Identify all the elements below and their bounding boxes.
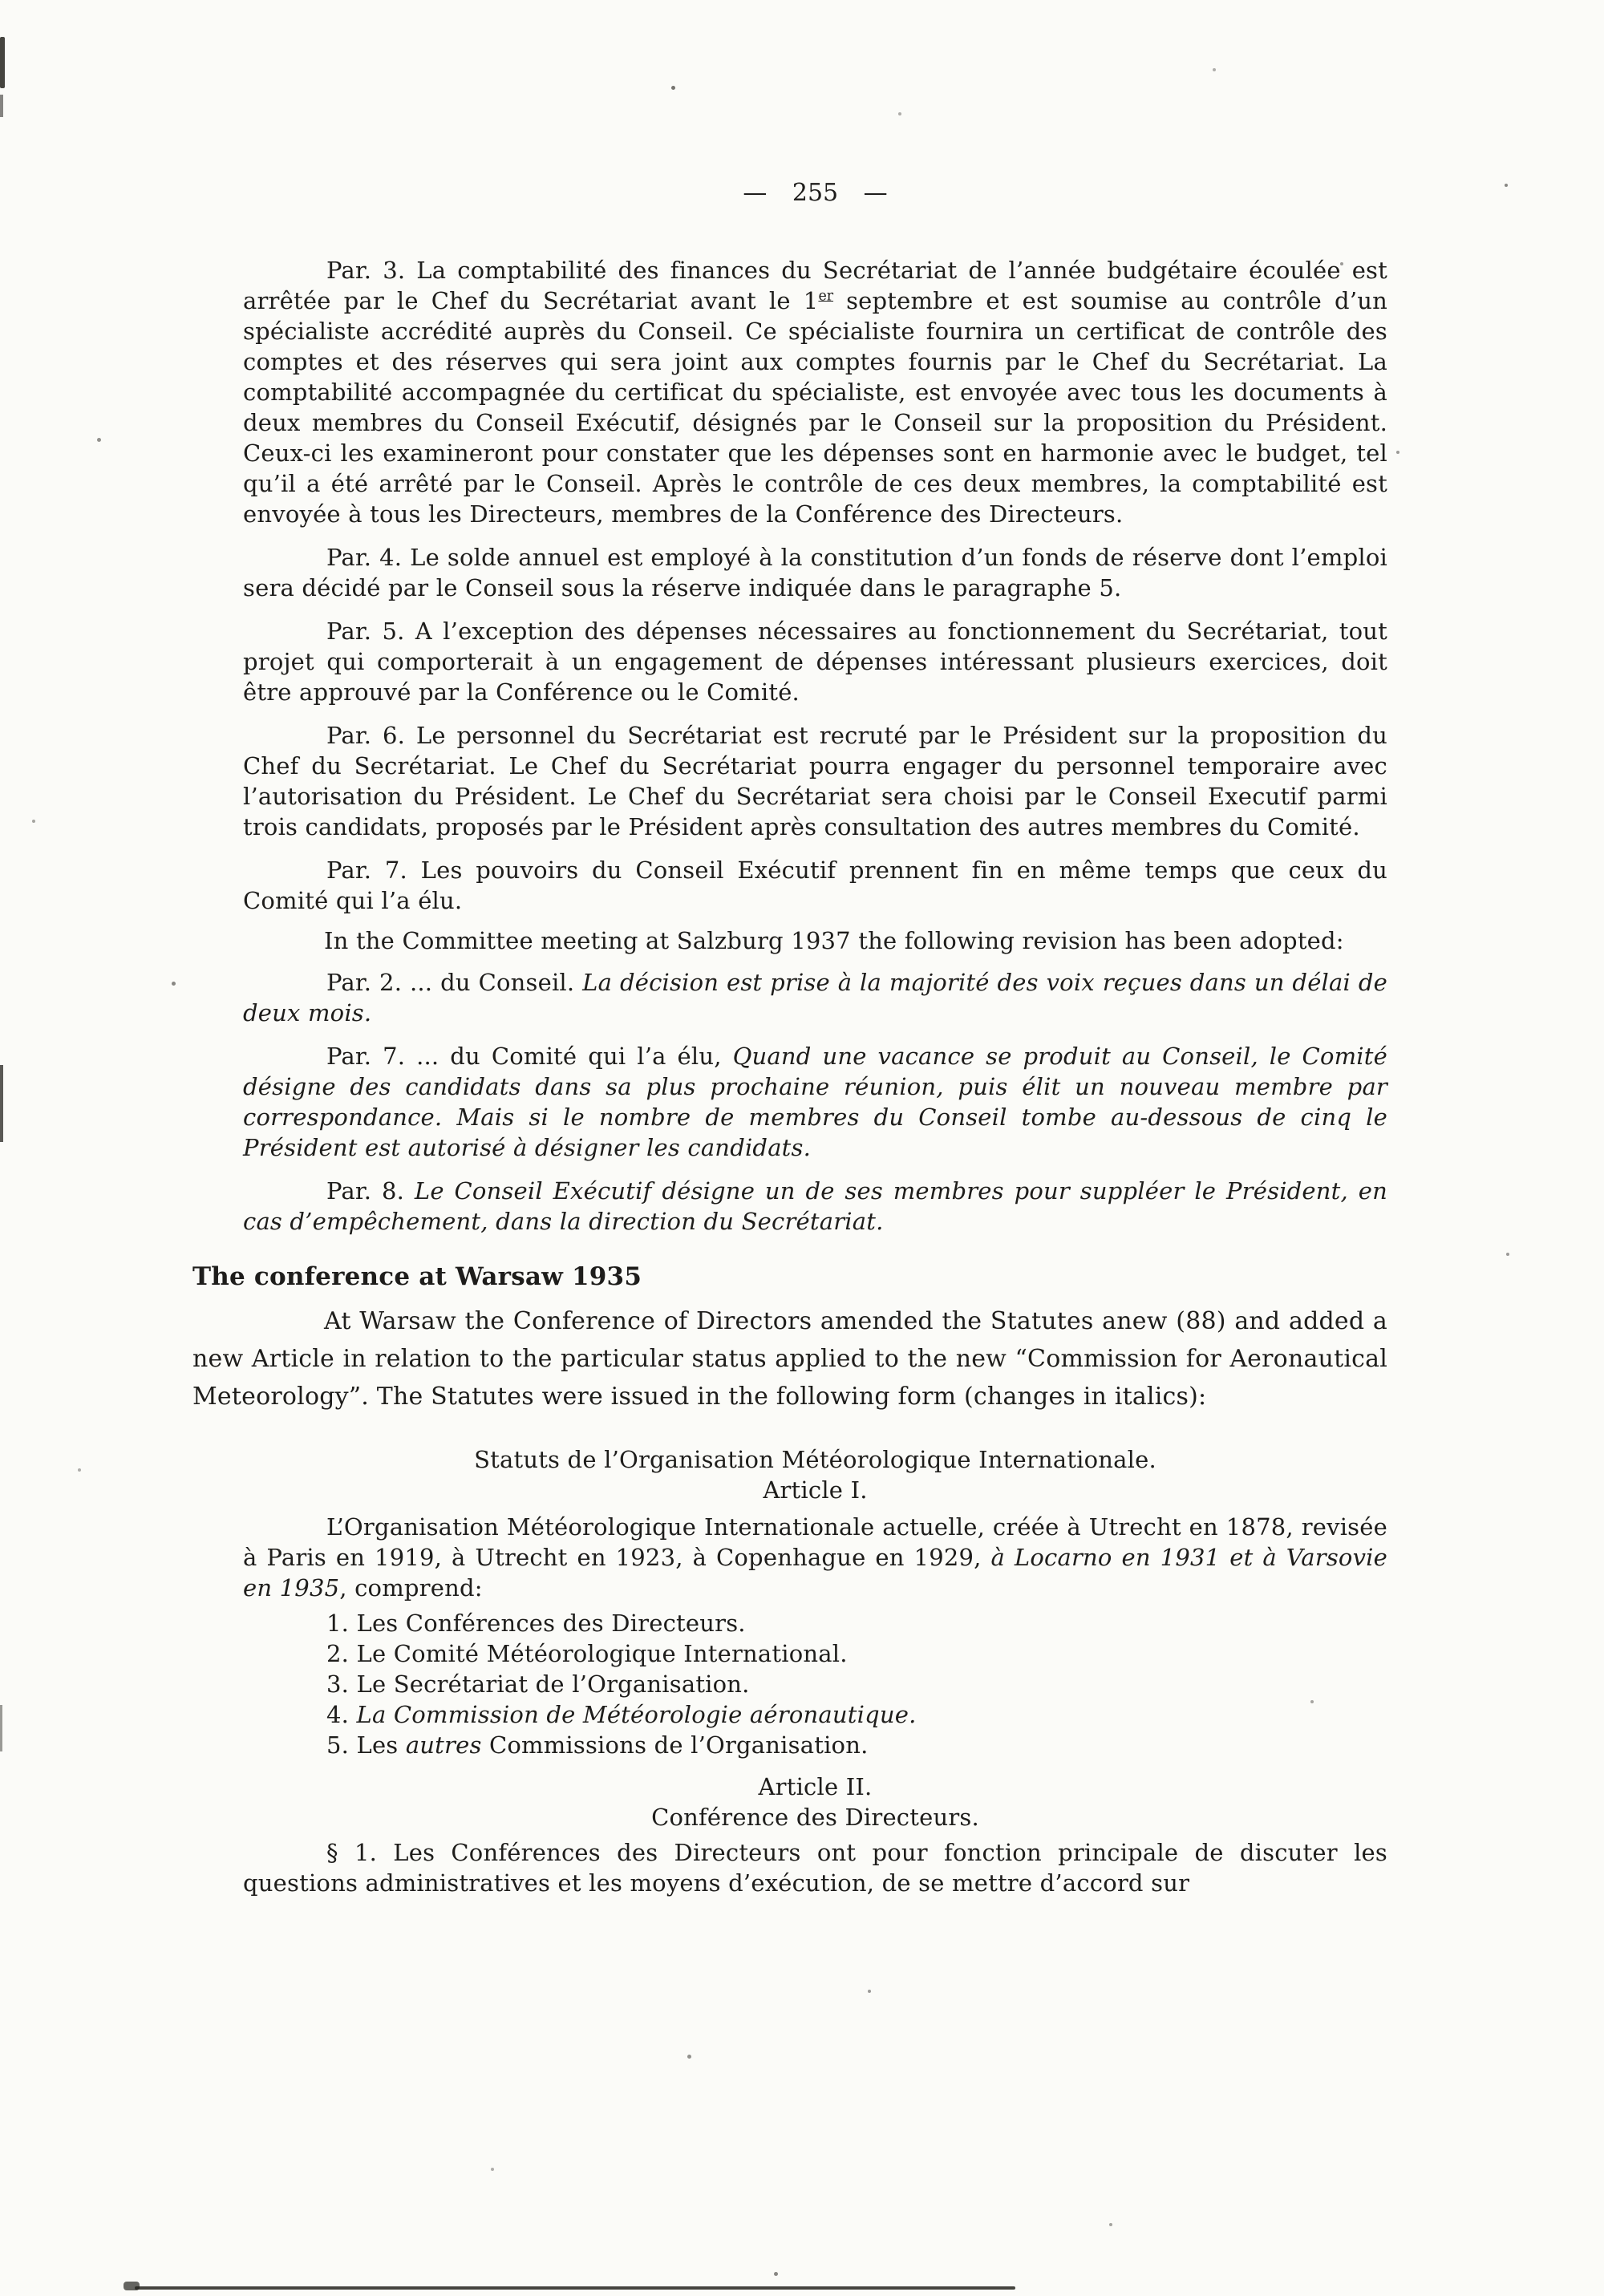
scanned-page: — 255 — Par. 3. La comptabilité des fina… xyxy=(0,0,1604,1898)
revision-italic-text: Le Conseil Exécutif désigne un de ses me… xyxy=(243,1177,1387,1235)
page-number: 255 xyxy=(792,178,838,209)
paper-speck xyxy=(97,438,101,442)
paper-speck xyxy=(172,982,176,986)
article-2-subheading: Conférence des Directeurs. xyxy=(192,1802,1387,1832)
paragraph-text: , comprend: xyxy=(339,1574,482,1602)
paragraph-article-1: L’Organisation Météorologique Internatio… xyxy=(192,1512,1387,1603)
paragraph-par3: Par. 3. La comptabilité des finances du … xyxy=(192,255,1387,529)
section-heading-warsaw: The conference at Warsaw 1935 xyxy=(192,1261,1387,1293)
paragraph-warsaw: At Warsaw the Conference of Directors am… xyxy=(192,1302,1387,1415)
paragraph-text: septembre et est soumise au contrôle d’u… xyxy=(243,287,1387,528)
scan-artifact xyxy=(124,2282,140,2290)
paragraph-text: Par. 7. ... du Comité qui l’a élu, xyxy=(326,1043,733,1070)
paper-speck xyxy=(868,1990,871,1993)
article-2-heading: Article II. xyxy=(192,1772,1387,1802)
paragraph-par7-revision: Par. 7. ... du Comité qui l’a élu, Quand… xyxy=(192,1041,1387,1163)
paragraph-text: Par. 8. xyxy=(326,1177,415,1205)
paper-speck xyxy=(1506,1253,1509,1256)
article-1-list: 1. Les Conférences des Directeurs. 2. Le… xyxy=(192,1608,1387,1760)
paragraph-text: Par. 2. ... du Conseil. xyxy=(326,969,582,996)
paragraph-salzburg-intro: In the Committee meeting at Salzburg 193… xyxy=(192,925,1387,956)
article-1-heading: Article I. xyxy=(192,1475,1387,1505)
paper-speck xyxy=(78,1468,81,1472)
list-item: 5. Les autres Commissions de l’Organisat… xyxy=(326,1730,1387,1760)
paragraph-par6: Par. 6. Le personnel du Secrétariat est … xyxy=(192,720,1387,842)
paragraph-par5: Par. 5. A l’exception des dépenses néces… xyxy=(192,616,1387,707)
paragraph-text: 5. Les xyxy=(326,1731,406,1759)
paragraph-par2-revision: Par. 2. ... du Conseil. La décision est … xyxy=(192,967,1387,1028)
scan-artifact xyxy=(135,2286,1015,2290)
paragraph-par4: Par. 4. Le solde annuel est employé à la… xyxy=(192,542,1387,603)
scan-artifact xyxy=(0,37,5,88)
header-dash-right: — xyxy=(864,178,888,209)
list-item-number: 4. xyxy=(326,1701,357,1728)
list-item: 1. Les Conférences des Directeurs. xyxy=(326,1608,1387,1638)
statutes-title: Statuts de l’Organisation Météorologique… xyxy=(192,1444,1387,1475)
ordinal-superscript: er xyxy=(818,288,833,304)
paragraph-par7: Par. 7. Les pouvoirs du Conseil Exécutif… xyxy=(192,855,1387,916)
paragraph-text: Commissions de l’Organisation. xyxy=(482,1731,869,1759)
scan-artifact xyxy=(0,1065,3,1142)
paper-speck xyxy=(687,2055,691,2059)
paper-speck xyxy=(491,2168,494,2171)
list-item: 4. La Commission de Météorologie aéronau… xyxy=(326,1699,1387,1730)
scan-artifact xyxy=(0,95,3,117)
revision-italic-text: La Commission de Météorologie aéronautiq… xyxy=(357,1701,917,1728)
list-item: 3. Le Secrétariat de l’Organisation. xyxy=(326,1669,1387,1699)
header-dash-left: — xyxy=(743,178,767,209)
paper-speck xyxy=(1109,2223,1112,2226)
revision-italic-text: autres xyxy=(406,1731,482,1759)
paper-speck xyxy=(1396,451,1399,454)
scan-artifact xyxy=(0,1705,2,1751)
paragraph-section-1: § 1. Les Conférences des Directeurs ont … xyxy=(192,1837,1387,1898)
paper-speck xyxy=(1505,184,1508,187)
paper-speck xyxy=(774,2272,778,2276)
paper-speck xyxy=(32,820,35,823)
paragraph-par8: Par. 8. Le Conseil Exécutif désigne un d… xyxy=(192,1176,1387,1237)
list-item: 2. Le Comité Météorologique Internationa… xyxy=(326,1638,1387,1669)
page-header: — 255 — xyxy=(192,0,1387,209)
